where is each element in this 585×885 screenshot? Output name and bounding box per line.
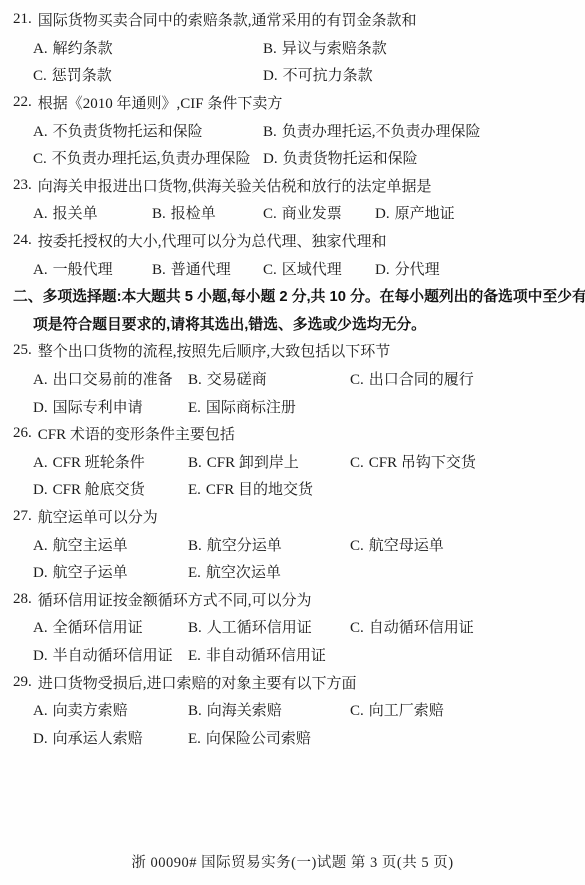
option-E: E.国际商标注册 <box>188 396 350 417</box>
option-text: 全循环信用证 <box>53 620 143 636</box>
option-row: D.半自动循环信用证E.非自动循环信用证 <box>13 641 581 669</box>
question-stem-text: 向海关申报进出口货物,供海关验关估税和放行的法定单据是 <box>38 175 432 196</box>
question-number: 21. <box>13 11 32 28</box>
option-label: C. <box>33 68 47 84</box>
option-text: CFR 班轮条件 <box>53 455 145 471</box>
option-label: A. <box>33 538 48 554</box>
option-text: 区域代理 <box>282 262 342 278</box>
option-text: 不负责办理托运,负责办理保险 <box>52 151 251 167</box>
option-A: A.一般代理 <box>33 258 152 279</box>
single-choice-questions-21-24: 21.国际货物买卖合同中的索赔条款,通常采用的有罚金条款和A.解约条款B.异议与… <box>13 6 581 282</box>
option-text: CFR 卸到岸上 <box>207 455 299 471</box>
section-2-header: 二、多项选择题:本大题共 5 小题,每小题 2 分,共 10 分。在每小题列出的… <box>13 282 581 337</box>
question-26: 26.CFR 术语的变形条件主要包括A.CFR 班轮条件B.CFR 卸到岸上C.… <box>13 420 581 503</box>
option-B: B.人工循环信用证 <box>188 616 350 637</box>
option-D: D.半自动循环信用证 <box>33 644 188 665</box>
option-B: B.向海关索赔 <box>188 699 350 720</box>
question-stem-text: 整个出口货物的流程,按照先后顺序,大致包括以下环节 <box>38 340 391 361</box>
option-text: 非自动循环信用证 <box>206 648 326 664</box>
option-row: A.全循环信用证B.人工循环信用证C.自动循环信用证 <box>13 613 581 641</box>
option-text: 航空次运单 <box>206 565 281 581</box>
option-label: B. <box>188 538 202 554</box>
question-stem-text: 进口货物受损后,进口索赔的对象主要有以下方面 <box>38 672 357 693</box>
option-label: E. <box>188 400 201 416</box>
option-label: D. <box>33 731 48 747</box>
option-row: C.惩罚条款D.不可抗力条款 <box>13 61 581 89</box>
option-row: A.解约条款B.异议与索赔条款 <box>13 34 581 62</box>
option-text: 航空分运单 <box>207 538 282 554</box>
option-text: 负责办理托运,不负责办理保险 <box>282 124 481 140</box>
option-text: 航空主运单 <box>53 538 128 554</box>
option-C: C.向工厂索赔 <box>350 699 581 720</box>
option-label: E. <box>188 648 201 664</box>
option-text: 向工厂索赔 <box>369 703 444 719</box>
exam-paper-page: 21.国际货物买卖合同中的索赔条款,通常采用的有罚金条款和A.解约条款B.异议与… <box>0 0 585 885</box>
option-C: C.出口合同的履行 <box>350 368 581 389</box>
option-D: D.负责货物托运和保险 <box>263 147 581 168</box>
option-text: 向保险公司索赔 <box>206 731 311 747</box>
option-D: D.国际专利申请 <box>33 396 188 417</box>
question-22: 22.根据《2010 年通则》,CIF 条件下卖方A.不负责货物托运和保险B.负… <box>13 89 581 172</box>
option-B: B.航空分运单 <box>188 534 350 555</box>
option-label: E. <box>188 482 201 498</box>
question-stem-text: 循环信用证按金额循环方式不同,可以分为 <box>38 589 312 610</box>
question-27: 27.航空运单可以分为A.航空主运单B.航空分运单C.航空母运单D.航空子运单E… <box>13 503 581 586</box>
option-D: D.CFR 舱底交货 <box>33 478 188 499</box>
question-stem: 26.CFR 术语的变形条件主要包括 <box>13 420 581 448</box>
option-text: 国际商标注册 <box>206 400 296 416</box>
question-stem: 22.根据《2010 年通则》,CIF 条件下卖方 <box>13 89 581 117</box>
option-text: 出口合同的履行 <box>369 372 474 388</box>
option-A: A.解约条款 <box>33 37 263 58</box>
question-stem-text: 国际货物买卖合同中的索赔条款,通常采用的有罚金条款和 <box>38 9 417 30</box>
option-D: D.不可抗力条款 <box>263 64 581 85</box>
option-text: 向海关索赔 <box>207 703 282 719</box>
option-B: B.报检单 <box>152 202 263 223</box>
page-footer: 浙 00090# 国际贸易实务(一)试题 第 3 页(共 5 页) <box>0 851 585 872</box>
option-row: A.一般代理B.普通代理C.区域代理D.分代理 <box>13 254 581 282</box>
option-row: A.报关单B.报检单C.商业发票D.原产地证 <box>13 199 581 227</box>
option-text: CFR 吊钩下交货 <box>369 455 476 471</box>
option-label: C. <box>33 151 47 167</box>
option-row: A.出口交易前的准备B.交易磋商C.出口合同的履行 <box>13 365 581 393</box>
option-label: B. <box>263 41 277 57</box>
option-label: D. <box>263 68 278 84</box>
section-2-header-line2: 项是符合题目要求的,请将其选出,错选、多选或少选均无分。 <box>13 310 581 338</box>
question-number: 23. <box>13 177 32 194</box>
option-text: 向承运人索赔 <box>53 731 143 747</box>
option-text: 航空子运单 <box>53 565 128 581</box>
option-D: D.分代理 <box>375 258 581 279</box>
option-row: A.CFR 班轮条件B.CFR 卸到岸上C.CFR 吊钩下交货 <box>13 448 581 476</box>
option-text: 异议与索赔条款 <box>282 41 387 57</box>
question-stem: 23.向海关申报进出口货物,供海关验关估税和放行的法定单据是 <box>13 172 581 200</box>
option-label: D. <box>263 151 278 167</box>
question-28: 28.循环信用证按金额循环方式不同,可以分为A.全循环信用证B.人工循环信用证C… <box>13 585 581 668</box>
option-text: 不负责货物托运和保险 <box>53 124 203 140</box>
option-C: C.不负责办理托运,负责办理保险 <box>33 147 263 168</box>
option-label: D. <box>33 648 48 664</box>
option-C: C.惩罚条款 <box>33 64 263 85</box>
option-C: C.商业发票 <box>263 202 375 223</box>
option-text: 不可抗力条款 <box>283 68 373 84</box>
option-label: B. <box>188 455 202 471</box>
option-label: D. <box>33 400 48 416</box>
option-D: D.原产地证 <box>375 202 581 223</box>
option-text: 原产地证 <box>395 206 455 222</box>
question-stem-text: 根据《2010 年通则》,CIF 条件下卖方 <box>38 92 283 113</box>
option-text: 分代理 <box>395 262 440 278</box>
option-text: 普通代理 <box>171 262 231 278</box>
option-C: C.航空母运单 <box>350 534 581 555</box>
option-C: C.CFR 吊钩下交货 <box>350 451 581 472</box>
option-label: D. <box>375 206 390 222</box>
option-text: 航空母运单 <box>369 538 444 554</box>
option-text: 商业发票 <box>282 206 342 222</box>
question-stem-text: 按委托授权的大小,代理可以分为总代理、独家代理和 <box>38 230 387 251</box>
question-stem: 24.按委托授权的大小,代理可以分为总代理、独家代理和 <box>13 227 581 255</box>
option-label: D. <box>33 565 48 581</box>
option-row: D.国际专利申请E.国际商标注册 <box>13 392 581 420</box>
option-label: C. <box>350 372 364 388</box>
option-row: D.CFR 舱底交货E.CFR 目的地交货 <box>13 475 581 503</box>
option-label: A. <box>33 206 48 222</box>
option-B: B.交易磋商 <box>188 368 350 389</box>
option-label: D. <box>33 482 48 498</box>
option-label: C. <box>350 703 364 719</box>
option-text: CFR 目的地交货 <box>206 482 313 498</box>
option-A: A.全循环信用证 <box>33 616 188 637</box>
option-text: 自动循环信用证 <box>369 620 474 636</box>
option-A: A.航空主运单 <box>33 534 188 555</box>
section-2-header-line1: 二、多项选择题:本大题共 5 小题,每小题 2 分,共 10 分。在每小题列出的… <box>13 282 581 310</box>
question-24: 24.按委托授权的大小,代理可以分为总代理、独家代理和A.一般代理B.普通代理C… <box>13 227 581 282</box>
option-label: C. <box>350 455 364 471</box>
multi-choice-questions-25-29: 25.整个出口货物的流程,按照先后顺序,大致包括以下环节A.出口交易前的准备B.… <box>13 337 581 751</box>
option-label: C. <box>263 206 277 222</box>
option-text: 半自动循环信用证 <box>53 648 173 664</box>
option-B: B.负责办理托运,不负责办理保险 <box>263 120 581 141</box>
question-stem: 28.循环信用证按金额循环方式不同,可以分为 <box>13 585 581 613</box>
option-label: A. <box>33 124 48 140</box>
option-row: C.不负责办理托运,负责办理保险D.负责货物托运和保险 <box>13 144 581 172</box>
question-number: 26. <box>13 425 32 442</box>
question-stem-text: 航空运单可以分为 <box>38 506 158 527</box>
option-text: 国际专利申请 <box>53 400 143 416</box>
option-row: A.向卖方索赔B.向海关索赔C.向工厂索赔 <box>13 696 581 724</box>
option-row: D.向承运人索赔E.向保险公司索赔 <box>13 723 581 751</box>
question-stem: 25.整个出口货物的流程,按照先后顺序,大致包括以下环节 <box>13 337 581 365</box>
option-B: B.异议与索赔条款 <box>263 37 581 58</box>
option-label: A. <box>33 41 48 57</box>
option-text: 向卖方索赔 <box>53 703 128 719</box>
option-E: E.向保险公司索赔 <box>188 727 350 748</box>
option-E: E.非自动循环信用证 <box>188 644 350 665</box>
option-text: 报检单 <box>171 206 216 222</box>
option-text: 交易磋商 <box>207 372 267 388</box>
option-B: B.CFR 卸到岸上 <box>188 451 350 472</box>
option-E: E.航空次运单 <box>188 561 350 582</box>
option-A: A.向卖方索赔 <box>33 699 188 720</box>
option-label: A. <box>33 262 48 278</box>
question-stem: 21.国际货物买卖合同中的索赔条款,通常采用的有罚金条款和 <box>13 6 581 34</box>
question-29: 29.进口货物受损后,进口索赔的对象主要有以下方面A.向卖方索赔B.向海关索赔C… <box>13 668 581 751</box>
option-label: B. <box>152 206 166 222</box>
option-A: A.出口交易前的准备 <box>33 368 188 389</box>
question-21: 21.国际货物买卖合同中的索赔条款,通常采用的有罚金条款和A.解约条款B.异议与… <box>13 6 581 89</box>
question-number: 22. <box>13 94 32 111</box>
option-row: A.不负责货物托运和保险B.负责办理托运,不负责办理保险 <box>13 116 581 144</box>
option-text: 报关单 <box>53 206 98 222</box>
option-A: A.不负责货物托运和保险 <box>33 120 263 141</box>
option-label: D. <box>375 262 390 278</box>
option-label: E. <box>188 731 201 747</box>
option-label: E. <box>188 565 201 581</box>
option-text: 一般代理 <box>53 262 113 278</box>
option-D: D.航空子运单 <box>33 561 188 582</box>
question-number: 24. <box>13 232 32 249</box>
question-stem: 27.航空运单可以分为 <box>13 503 581 531</box>
option-label: B. <box>188 620 202 636</box>
option-text: 解约条款 <box>53 41 113 57</box>
option-text: 惩罚条款 <box>52 68 112 84</box>
option-label: B. <box>152 262 166 278</box>
option-row: D.航空子运单E.航空次运单 <box>13 558 581 586</box>
question-number: 28. <box>13 591 32 608</box>
option-label: A. <box>33 455 48 471</box>
question-number: 27. <box>13 508 32 525</box>
option-label: A. <box>33 703 48 719</box>
option-C: C.区域代理 <box>263 258 375 279</box>
option-label: C. <box>350 538 364 554</box>
option-C: C.自动循环信用证 <box>350 616 581 637</box>
option-text: 出口交易前的准备 <box>53 372 173 388</box>
option-label: B. <box>263 124 277 140</box>
question-23: 23.向海关申报进出口货物,供海关验关估税和放行的法定单据是A.报关单B.报检单… <box>13 172 581 227</box>
option-A: A.CFR 班轮条件 <box>33 451 188 472</box>
option-label: C. <box>263 262 277 278</box>
question-stem: 29.进口货物受损后,进口索赔的对象主要有以下方面 <box>13 668 581 696</box>
option-label: A. <box>33 372 48 388</box>
option-label: A. <box>33 620 48 636</box>
question-stem-text: CFR 术语的变形条件主要包括 <box>38 423 235 444</box>
option-A: A.报关单 <box>33 202 152 223</box>
option-label: B. <box>188 372 202 388</box>
option-text: CFR 舱底交货 <box>53 482 145 498</box>
option-B: B.普通代理 <box>152 258 263 279</box>
option-label: C. <box>350 620 364 636</box>
option-label: B. <box>188 703 202 719</box>
exam-content: 21.国际货物买卖合同中的索赔条款,通常采用的有罚金条款和A.解约条款B.异议与… <box>13 6 581 751</box>
option-text: 人工循环信用证 <box>207 620 312 636</box>
question-number: 25. <box>13 342 32 359</box>
option-row: A.航空主运单B.航空分运单C.航空母运单 <box>13 530 581 558</box>
option-D: D.向承运人索赔 <box>33 727 188 748</box>
option-text: 负责货物托运和保险 <box>283 151 418 167</box>
question-number: 29. <box>13 674 32 691</box>
question-25: 25.整个出口货物的流程,按照先后顺序,大致包括以下环节A.出口交易前的准备B.… <box>13 337 581 420</box>
option-E: E.CFR 目的地交货 <box>188 478 350 499</box>
